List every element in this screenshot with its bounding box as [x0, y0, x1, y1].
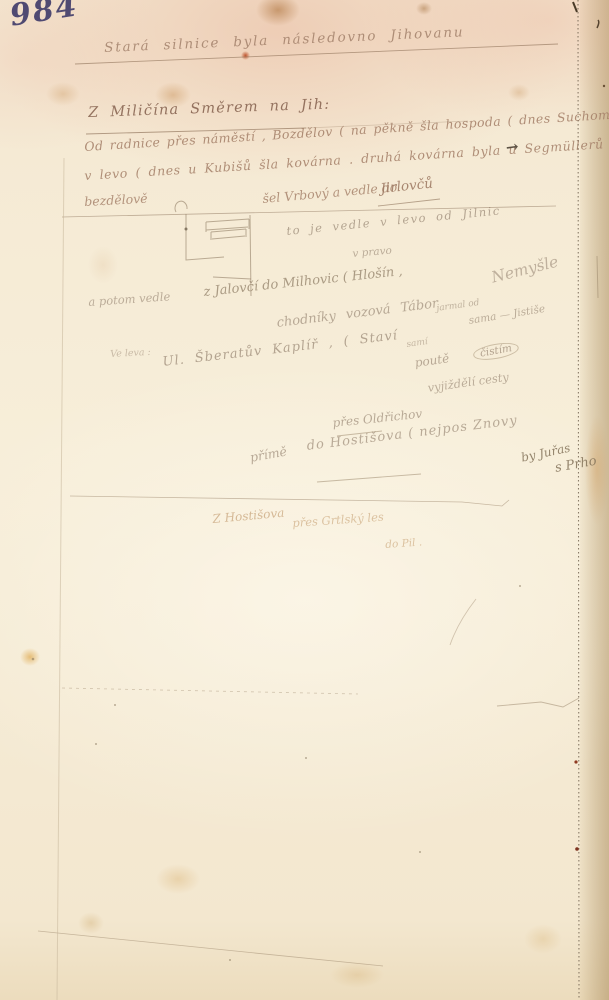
stray-pencil-stroke: [497, 698, 579, 707]
pencil-note: Ve leva :: [110, 348, 151, 360]
pencil-note: Ul. Šberatův Kaplíř , ( Staví: [162, 329, 399, 369]
arrow-scribble-icon: →: [505, 139, 520, 156]
pencil-note: chodníky vozová Tábor: [276, 297, 439, 330]
fox-stain: [46, 82, 80, 106]
section-heading: Z Miličína Směrem na Jih:: [88, 98, 331, 121]
pencil-note: vyjiždělí cesty: [427, 372, 510, 395]
pencil-note: z Jalovčí do Milhovic ( Hlošín ,: [203, 265, 403, 299]
red-speck: [574, 760, 577, 763]
fox-stain: [524, 924, 562, 954]
red-speck: [241, 51, 250, 60]
fox-stain: [256, 0, 300, 26]
crossed-out-line: Stará silnice byla následovno Jihovanu: [104, 26, 465, 55]
fox-stain: [508, 84, 530, 101]
red-speck: [575, 847, 579, 851]
pencil-note: poutě: [414, 352, 450, 369]
pencil-note: Nemyšle: [490, 254, 560, 286]
fox-stain: [88, 246, 118, 284]
stray-pencil-curve: [450, 599, 476, 645]
pencil-note: do Pil .: [385, 537, 422, 550]
diagonal-pencil-stroke: [38, 931, 383, 966]
pencil-note: v pravo: [352, 246, 392, 260]
scanned-manuscript-page: 984 Stará silnice byla následovno Jihova…: [0, 0, 609, 1000]
pencil-note: přes Grtlský les: [292, 512, 384, 530]
page-number: 984: [8, 0, 80, 32]
manuscript-line: bezdělově: [84, 193, 148, 209]
fox-stain: [78, 912, 104, 934]
pencil-note: to je vedle v levo od Jilnic: [286, 205, 501, 237]
pencil-note: Z Hostišova: [212, 507, 285, 525]
pencil-rule: [70, 496, 509, 506]
underlined-place-name: Jirlovčů: [380, 178, 434, 197]
fox-stain: [416, 2, 432, 15]
pencil-underline: [317, 474, 421, 482]
pencil-rule-faint: [62, 688, 358, 694]
edge-mark: [573, 2, 577, 12]
fox-stain: [156, 864, 200, 894]
left-margin-line: [57, 158, 64, 1000]
pencil-note: přímě: [249, 446, 288, 465]
fox-stain: [330, 962, 384, 988]
circled-pencil-word: čistím: [472, 340, 520, 362]
pencil-note: samí: [406, 338, 428, 350]
manuscript-line: šel Vrbový a vedle do: [262, 181, 398, 205]
paper-specks: [32, 585, 521, 961]
pencil-note: a potom vedle: [88, 291, 171, 308]
place-underline: [378, 199, 440, 206]
pencil-note: jarmal od: [436, 299, 480, 314]
orange-speck: [20, 648, 40, 666]
